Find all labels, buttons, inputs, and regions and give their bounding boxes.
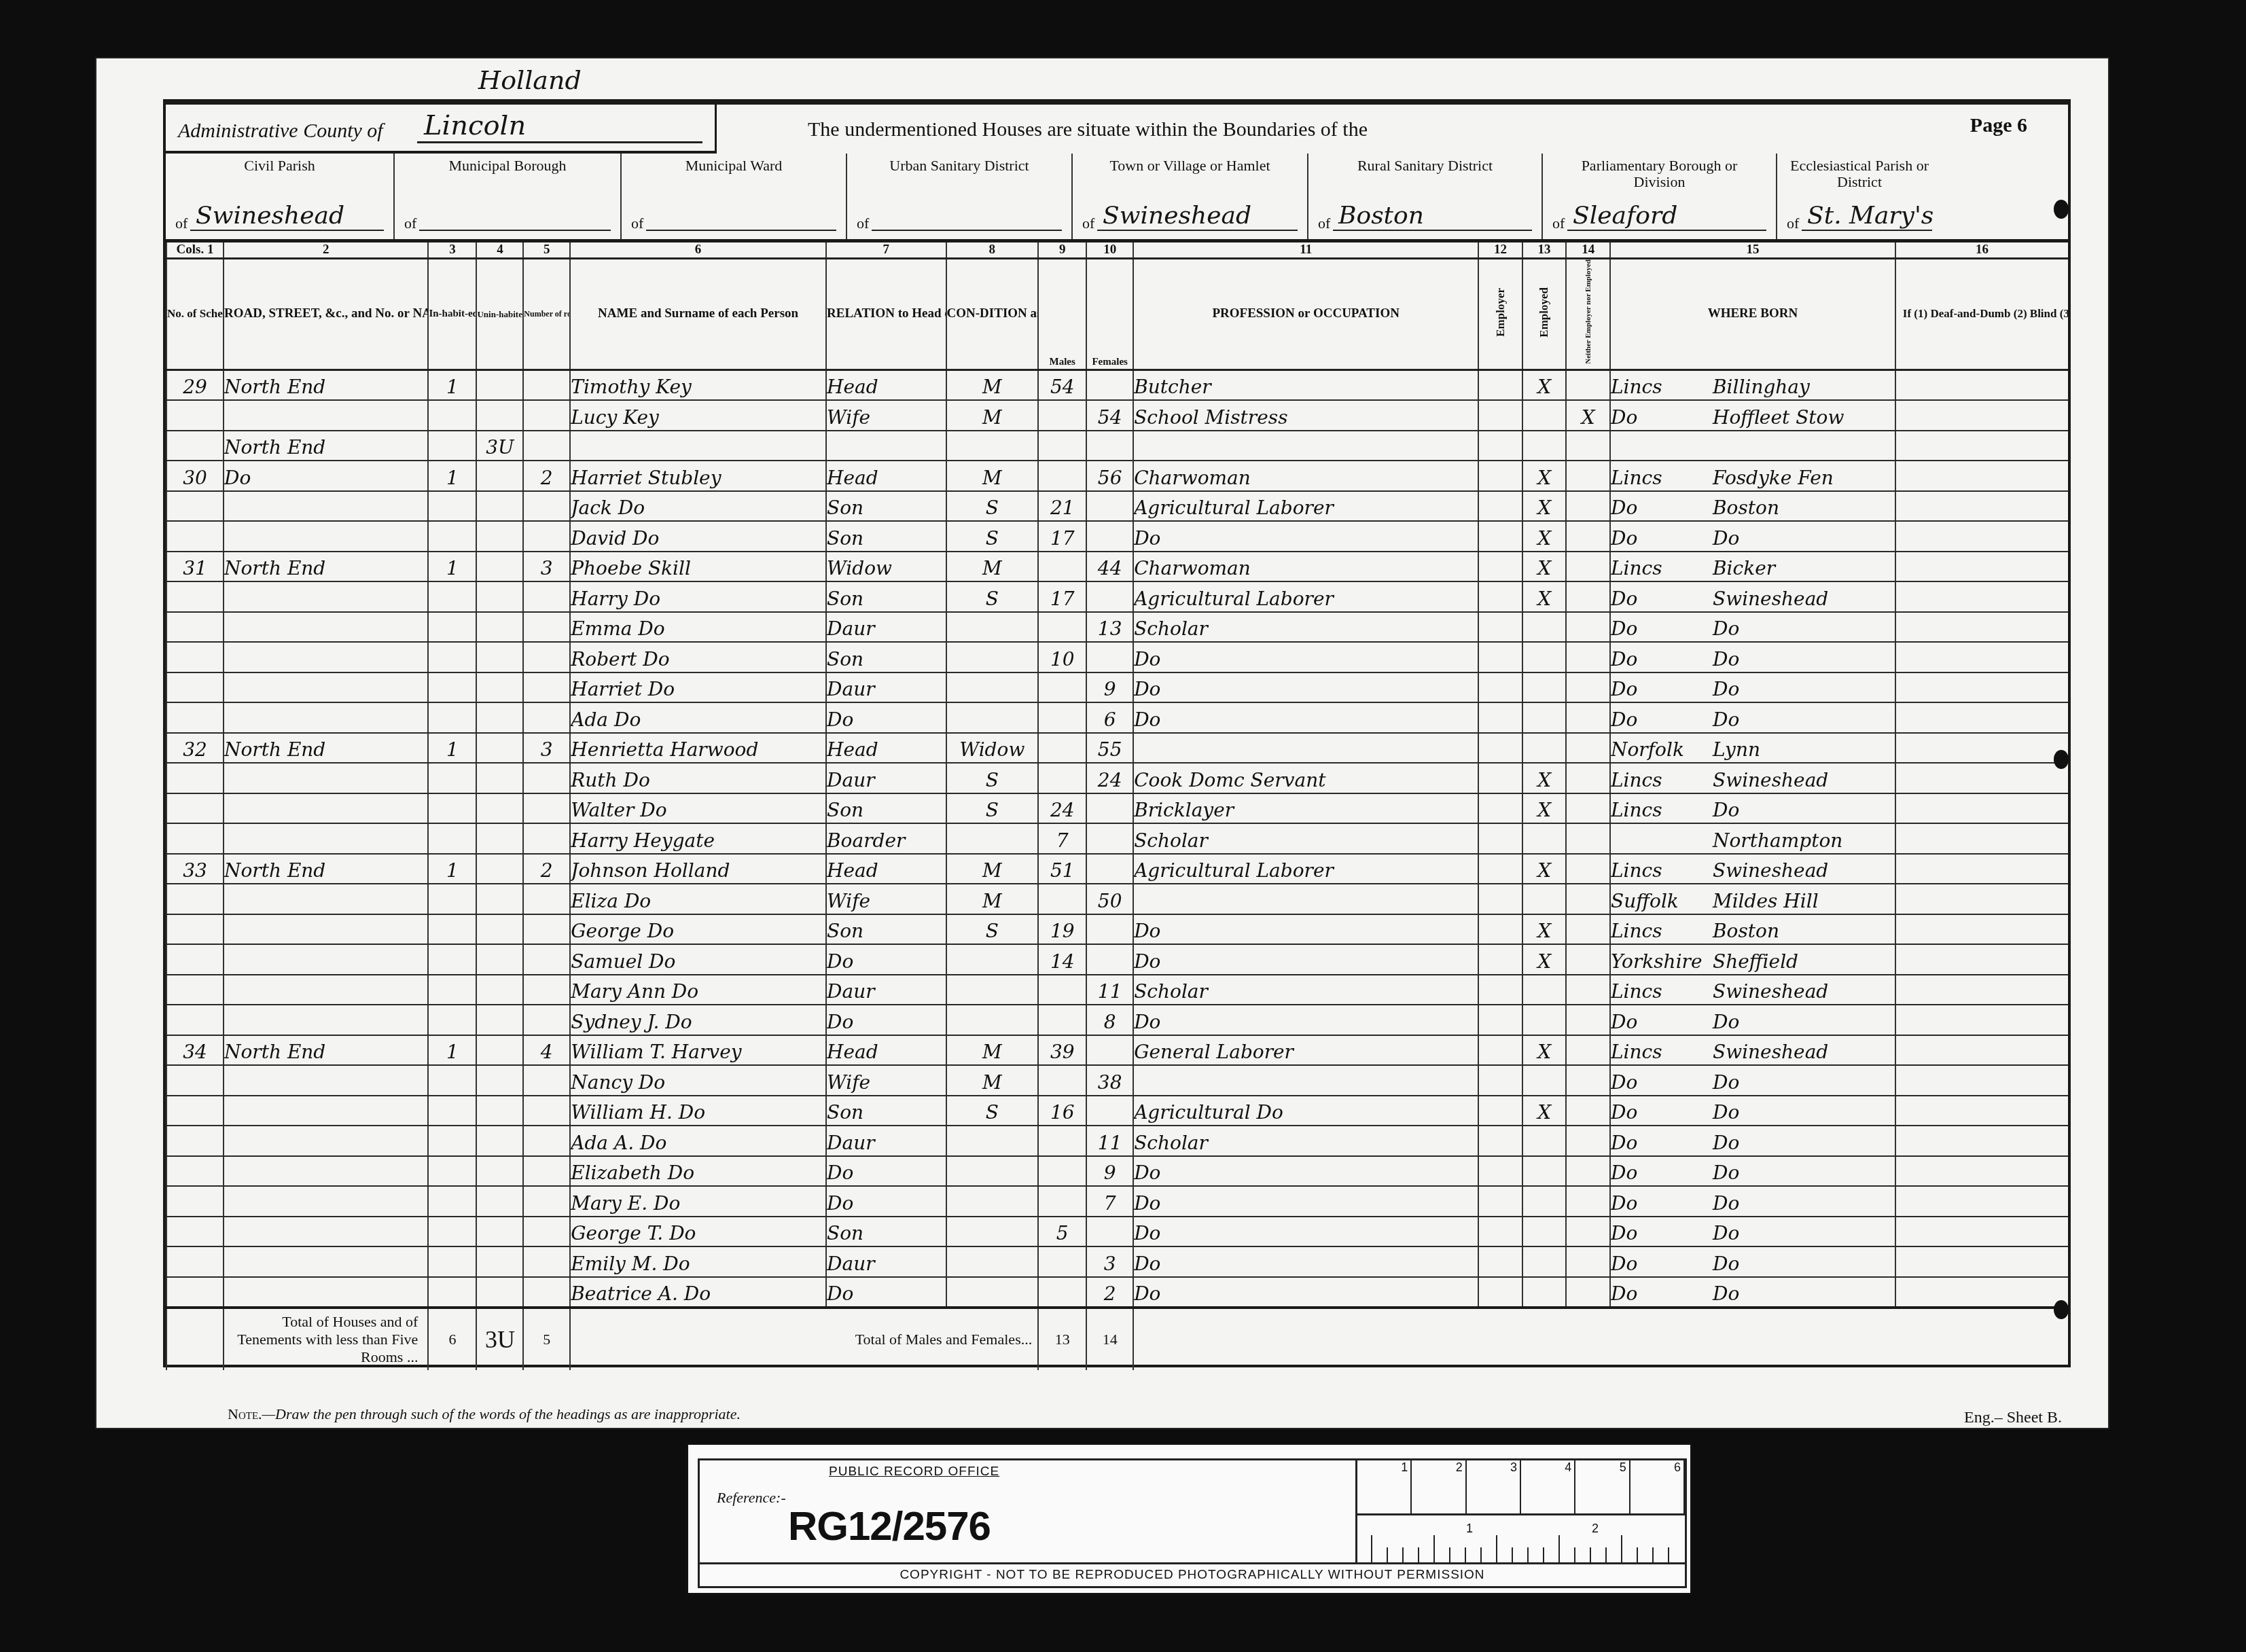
occupation [1133,1065,1478,1096]
occupation [1133,884,1478,914]
female-age: 55 [1086,733,1133,764]
sheet-label: Eng.– Sheet B. [1964,1409,2062,1427]
female-age [1086,944,1133,975]
condition: S [946,1096,1039,1126]
header-employer: Employer [1494,288,1508,337]
neither-mark [1566,461,1610,491]
employed-mark [1522,612,1567,643]
female-age: 44 [1086,552,1133,582]
schedule-number [166,431,224,461]
female-age [1086,642,1133,672]
rooms: 3 [523,733,570,764]
address [224,1186,428,1217]
occupation: Do [1133,1186,1478,1217]
condition: S [946,491,1039,522]
person-name: Mary Ann Do [570,975,826,1005]
male-age [1038,672,1086,703]
female-age: 56 [1086,461,1133,491]
uninhabited [476,491,523,522]
female-age [1086,854,1133,884]
address [224,1096,428,1126]
column-header-row: No. of Schedule ROAD, STREET, &c., and N… [166,259,2068,370]
inhabited: 1 [428,552,476,582]
schedule-number [166,491,224,522]
table-row: Eliza DoWifeM50SuffolkMildes Hill [166,884,2068,914]
occupation: Do [1133,1005,1478,1035]
address [224,1156,428,1187]
infirmity [1895,521,2068,552]
table-row: Ada DoDo6DoDoDo [166,702,2068,733]
employed-mark: X [1522,1035,1567,1066]
rooms [523,763,570,793]
employer-mark [1478,612,1522,643]
schedule-number: 34 [166,1035,224,1066]
schedule-number [166,823,224,854]
infirmity [1895,1126,2068,1156]
condition: M [946,370,1039,400]
occupation: Charwoman [1133,552,1478,582]
female-age [1086,1035,1133,1066]
page-number: Page 6 [1970,114,2027,137]
employed-mark [1522,975,1567,1005]
uninhabited [476,521,523,552]
infirmity [1895,944,2068,975]
where-born: DoDo [1610,1126,1895,1156]
neither-mark [1566,1005,1610,1035]
totals-houses-label: Total of Houses and of Tenements with le… [224,1308,428,1370]
employer-mark [1478,1035,1522,1066]
condition: M [946,552,1039,582]
condition [946,823,1039,854]
where-born: YorkshireSheffield [1610,944,1895,975]
boundary-municipal-ward: Municipal Wardof [622,154,847,239]
neither-mark [1566,521,1610,552]
occupation: School Mistress [1133,400,1478,431]
employed-mark [1522,1126,1567,1156]
occupation: Do [1133,1156,1478,1187]
neither-mark [1566,1065,1610,1096]
rooms [523,370,570,400]
occupation: Agricultural Do [1133,1096,1478,1126]
infirmity [1895,1246,2068,1277]
employer-mark [1478,1246,1522,1277]
condition: M [946,461,1039,491]
public-record-office-label: PUBLIC RECORD OFFICE Reference:- RG12/25… [686,1443,1692,1595]
rooms [523,491,570,522]
neither-mark [1566,975,1610,1005]
where-born: LincsBicker [1610,552,1895,582]
rooms [523,914,570,945]
address [224,581,428,612]
address [224,1126,428,1156]
male-age [1038,884,1086,914]
binding-hole-icon [2054,750,2069,769]
relation: Daur [826,763,946,793]
address: North End [224,854,428,884]
employed-mark: X [1522,581,1567,612]
relation: Do [826,944,946,975]
rooms [523,823,570,854]
person-name: Harry Heygate [570,823,826,854]
uninhabited [476,1246,523,1277]
employed-mark [1522,400,1567,431]
rooms: 4 [523,1035,570,1066]
relation: Boarder [826,823,946,854]
person-name: Henrietta Harwood [570,733,826,764]
where-born: NorfolkLynn [1610,733,1895,764]
employer-mark [1478,884,1522,914]
person-name: Johnson Holland [570,854,826,884]
uninhabited [476,1156,523,1187]
uninhabited [476,793,523,824]
female-age [1086,431,1133,461]
neither-mark [1566,884,1610,914]
address [224,1065,428,1096]
where-born: DoDo [1610,1096,1895,1126]
rooms [523,581,570,612]
infirmity [1895,1035,2068,1066]
occupation: Do [1133,914,1478,945]
employed-mark [1522,1277,1567,1308]
person-name: Ada A. Do [570,1126,826,1156]
where-born: DoDo [1610,672,1895,703]
employer-mark [1478,733,1522,764]
schedule-number [166,1156,224,1187]
address [224,884,428,914]
uninhabited [476,642,523,672]
female-age: 7 [1086,1186,1133,1217]
employed-mark [1522,642,1567,672]
inhabited [428,1246,476,1277]
schedule-number [166,1096,224,1126]
relation: Son [826,581,946,612]
infirmity [1895,1156,2068,1187]
employed-mark [1522,1005,1567,1035]
neither-mark [1566,1156,1610,1187]
inhabited [428,975,476,1005]
table-row: Emma DoDaur13ScholarDoDo [166,612,2068,643]
uninhabited [476,823,523,854]
table-row: George T. DoSon5DoDoDo [166,1217,2068,1247]
where-born: LincsSwineshead [1610,854,1895,884]
rooms [523,612,570,643]
male-age: 10 [1038,642,1086,672]
occupation: Do [1133,1217,1478,1247]
male-age: 21 [1038,491,1086,522]
where-born: DoDo [1610,521,1895,552]
employer-mark [1478,370,1522,400]
infirmity [1895,581,2068,612]
where-born: DoBoston [1610,491,1895,522]
employer-mark [1478,823,1522,854]
occupation: Agricultural Laborer [1133,491,1478,522]
relation: Do [826,1277,946,1308]
employed-mark [1522,431,1567,461]
header-address: ROAD, STREET, &c., and No. or NAME of HO… [224,259,428,370]
address [224,1217,428,1247]
county-underline [417,141,702,143]
employed-mark [1522,1186,1567,1217]
address [224,400,428,431]
occupation: Agricultural Laborer [1133,854,1478,884]
employer-mark [1478,672,1522,703]
infirmity [1895,431,2068,461]
neither-mark [1566,763,1610,793]
employer-mark [1478,552,1522,582]
condition [946,1005,1039,1035]
totals-persons-label: Total of Males and Females... [570,1308,1038,1370]
table-row: Ruth DoDaurS24Cook Domc ServantXLincsSwi… [166,763,2068,793]
inhabited: 1 [428,733,476,764]
occupation: Do [1133,672,1478,703]
relation: Wife [826,1065,946,1096]
inhabited [428,793,476,824]
uninhabited [476,1096,523,1126]
schedule-number: 29 [166,370,224,400]
inhabited [428,884,476,914]
neither-mark [1566,702,1610,733]
relation: Son [826,914,946,945]
address [224,944,428,975]
header-infirmity: If (1) Deaf-and-Dumb (2) Blind (3) Lunat… [1895,259,2068,370]
boundary-rural-sanitary: Rural Sanitary DistrictofBoston [1308,154,1543,239]
address [224,612,428,643]
infirmity [1895,642,2068,672]
table-row: Emily M. DoDaur3DoDoDo [166,1246,2068,1277]
employer-mark [1478,763,1522,793]
occupation: Bricklayer [1133,793,1478,824]
rooms [523,521,570,552]
employer-mark [1478,944,1522,975]
boundary-parliamentary: Parliamentary Borough or DivisionofSleaf… [1543,154,1777,239]
employer-mark [1478,1096,1522,1126]
employer-mark [1478,1005,1522,1035]
reference-number: RG12/2576 [788,1503,991,1549]
office-title: PUBLIC RECORD OFFICE [829,1465,999,1479]
condition: S [946,793,1039,824]
copyright-notice: COPYRIGHT - NOT TO BE REPRODUCED PHOTOGR… [700,1562,1685,1586]
uninhabited [476,672,523,703]
address [224,1005,428,1035]
schedule-number [166,1186,224,1217]
employer-mark [1478,581,1522,612]
schedule-number [166,581,224,612]
employed-mark: X [1522,763,1567,793]
scale-ruler: 123 456 1 2 [1355,1460,1685,1562]
uninhabited: 3U [476,431,523,461]
uninhabited [476,763,523,793]
neither-mark [1566,1217,1610,1247]
person-name: Jack Do [570,491,826,522]
table-row: Harriet DoDaur9DoDoDo [166,672,2068,703]
employed-mark: X [1522,854,1567,884]
person-name: Eliza Do [570,884,826,914]
female-age: 11 [1086,1126,1133,1156]
total-males: 13 [1038,1308,1086,1370]
address: North End [224,1035,428,1066]
schedule-number [166,763,224,793]
boundary-urban-sanitary: Urban Sanitary Districtof [847,154,1073,239]
male-age [1038,1065,1086,1096]
where-born: SuffolkMildes Hill [1610,884,1895,914]
rooms [523,1126,570,1156]
male-age [1038,733,1086,764]
inhabited [428,1186,476,1217]
inhabited [428,1065,476,1096]
rooms [523,1005,570,1035]
female-age [1086,370,1133,400]
rooms [523,1096,570,1126]
address [224,702,428,733]
table-row: 32North End13Henrietta HarwoodHeadWidow5… [166,733,2068,764]
female-age: 3 [1086,1246,1133,1277]
infirmity [1895,400,2068,431]
schedule-number [166,1246,224,1277]
address: Do [224,461,428,491]
employer-mark [1478,702,1522,733]
employed-mark [1522,884,1567,914]
condition: S [946,763,1039,793]
employed-mark [1522,1065,1567,1096]
census-page: Administrative County of Lincoln Holland… [95,57,2109,1429]
schedule-number [166,1217,224,1247]
occupation: Do [1133,1277,1478,1308]
uninhabited [476,370,523,400]
occupation: Agricultural Laborer [1133,581,1478,612]
relation: Wife [826,884,946,914]
table-row: George DoSonS19DoXLincsBoston [166,914,2068,945]
person-name: David Do [570,521,826,552]
table-row: 31North End13Phoebe SkillWidowM44Charwom… [166,552,2068,582]
condition: M [946,854,1039,884]
person-name: Walter Do [570,793,826,824]
female-age [1086,581,1133,612]
uninhabited [476,461,523,491]
schedule-number [166,944,224,975]
table-row: 30Do12Harriet StubleyHeadM56CharwomanXLi… [166,461,2068,491]
table-row: 29North End1Timothy KeyHeadM54ButcherXLi… [166,370,2068,400]
occupation: Do [1133,642,1478,672]
table-row: Harry HeygateBoarder7ScholarNorthampton [166,823,2068,854]
person-name: George Do [570,914,826,945]
relation: Do [826,1186,946,1217]
neither-mark [1566,1186,1610,1217]
uninhabited [476,1217,523,1247]
infirmity [1895,461,2068,491]
male-age: 54 [1038,370,1086,400]
schedule-number [166,975,224,1005]
county-header: Administrative County of Lincoln Holland [166,105,717,154]
employed-mark [1522,823,1567,854]
schedule-number [166,1126,224,1156]
occupation: Charwoman [1133,461,1478,491]
table-row: Mary Ann DoDaur11ScholarLincsSwineshead [166,975,2068,1005]
census-form: Administrative County of Lincoln Holland… [163,99,2071,1367]
address [224,672,428,703]
employer-mark [1478,521,1522,552]
employer-mark [1478,431,1522,461]
header-neither: Neither Employer nor Employed [1582,259,1595,364]
rooms [523,1217,570,1247]
relation: Do [826,702,946,733]
relation: Daur [826,672,946,703]
column-number-row: Cols. 12345 678910 111213141516 [166,243,2068,259]
male-age [1038,612,1086,643]
header-relation: RELATION to Head of Family [826,259,946,370]
rooms [523,884,570,914]
person-name: George T. Do [570,1217,826,1247]
neither-mark [1566,491,1610,522]
where-born: DoDo [1610,612,1895,643]
male-age [1038,1246,1086,1277]
relation: Do [826,1005,946,1035]
inhabited [428,672,476,703]
male-age: 17 [1038,521,1086,552]
male-age [1038,975,1086,1005]
where-born: DoDo [1610,642,1895,672]
uninhabited [476,552,523,582]
boundary-statement: The undermentioned Houses are situate wi… [808,118,1368,141]
table-row: Nancy DoWifeM38DoDo [166,1065,2068,1096]
female-age: 9 [1086,1156,1133,1187]
condition: M [946,1035,1039,1066]
neither-mark: X [1566,400,1610,431]
male-age [1038,1005,1086,1035]
address [224,823,428,854]
employer-mark [1478,793,1522,824]
person-name: Samuel Do [570,944,826,975]
male-age [1038,1156,1086,1187]
address: North End [224,370,428,400]
where-born: LincsSwineshead [1610,1035,1895,1066]
infirmity [1895,552,2068,582]
occupation: Do [1133,944,1478,975]
rooms [523,1186,570,1217]
occupation: Scholar [1133,1126,1478,1156]
person-name: Phoebe Skill [570,552,826,582]
infirmity [1895,884,2068,914]
neither-mark [1566,581,1610,612]
male-age: 24 [1038,793,1086,824]
rooms [523,672,570,703]
condition [946,1186,1039,1217]
person-name: William T. Harvey [570,1035,826,1066]
inhabited [428,491,476,522]
where-born: DoDo [1610,1277,1895,1308]
neither-mark [1566,914,1610,945]
condition: S [946,521,1039,552]
uninhabited [476,884,523,914]
relation: Daur [826,1246,946,1277]
header-males: Males [1038,259,1086,370]
inhabited [428,763,476,793]
table-row: Robert DoSon10DoDoDo [166,642,2068,672]
employed-mark [1522,1246,1567,1277]
relation: Head [826,370,946,400]
table-row: Walter DoSonS24BricklayerXLincsDo [166,793,2068,824]
neither-mark [1566,793,1610,824]
employed-mark: X [1522,793,1567,824]
male-age [1038,1277,1086,1308]
male-age: 14 [1038,944,1086,975]
uninhabited [476,581,523,612]
address [224,975,428,1005]
infirmity [1895,1277,2068,1308]
where-born: Northampton [1610,823,1895,854]
where-born: DoDo [1610,1065,1895,1096]
where-born: LincsSwineshead [1610,975,1895,1005]
relation: Son [826,793,946,824]
